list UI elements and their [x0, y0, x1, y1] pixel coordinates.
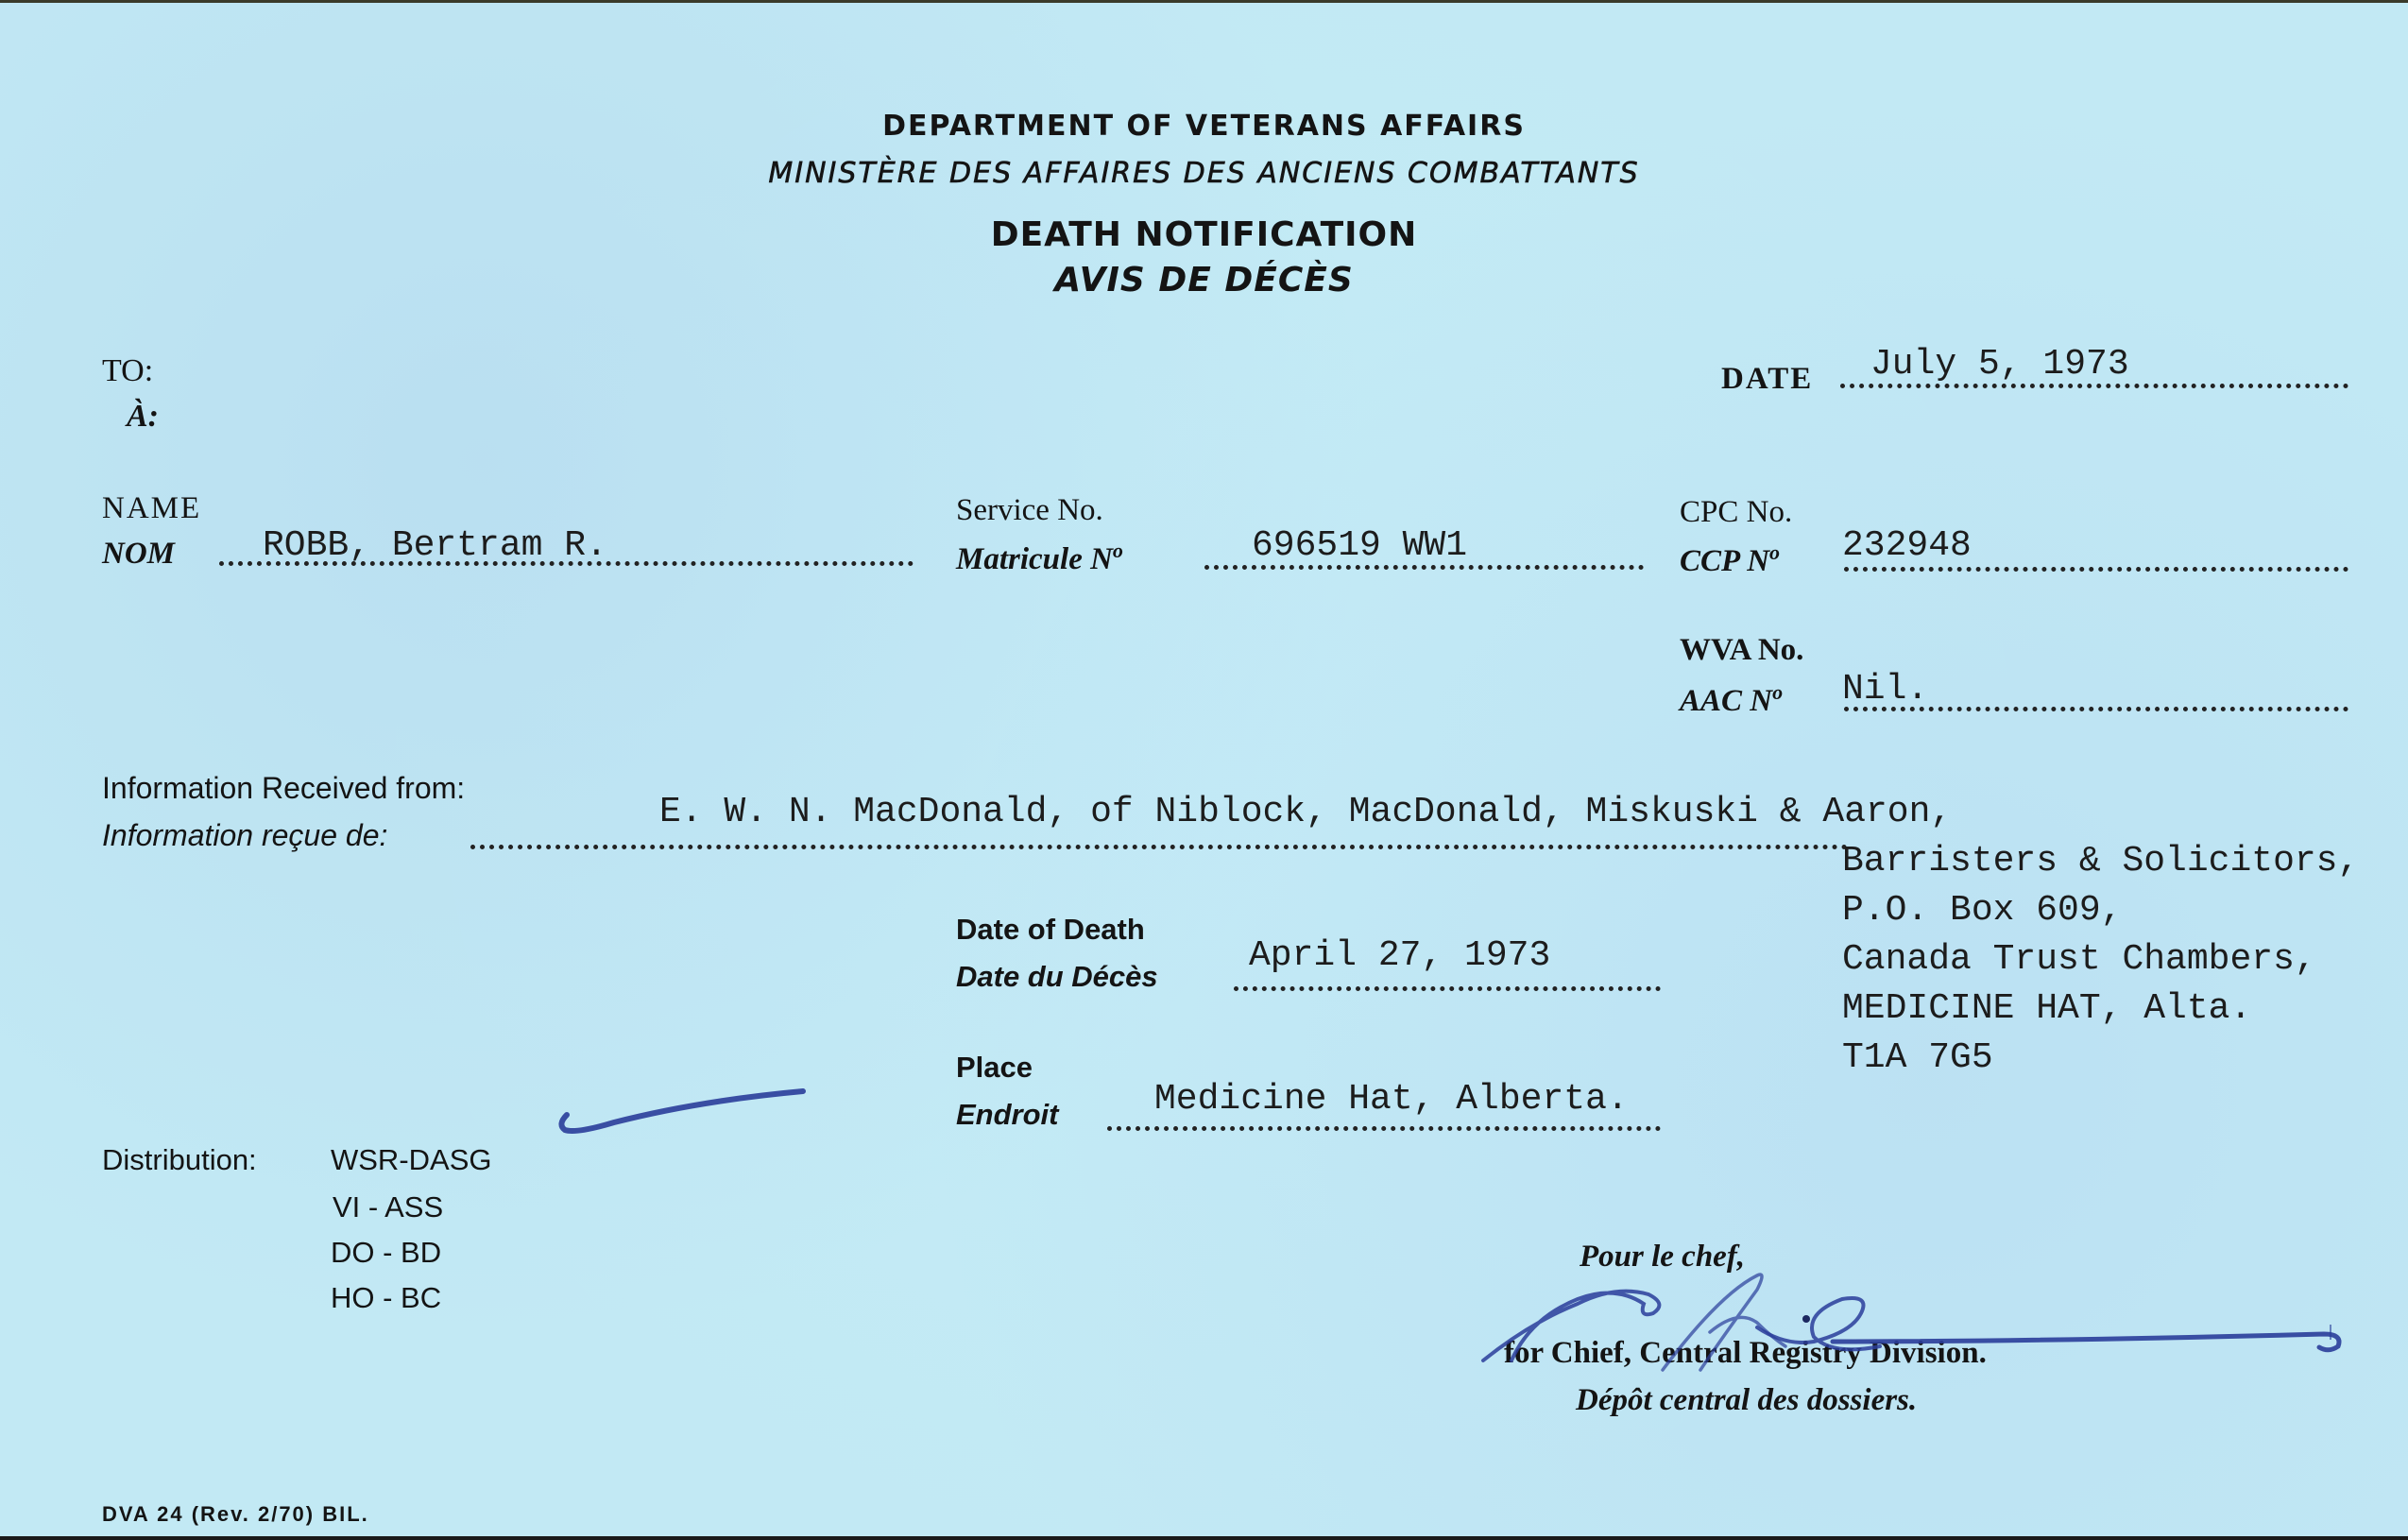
address-line-5: T1A 7G5: [1842, 1037, 1993, 1078]
place-label-en: Place: [956, 1051, 1033, 1085]
paper-bottom-edge: [0, 1536, 2408, 1540]
depot-central-label: Dépôt central des dossiers.: [1576, 1383, 1917, 1418]
distribution-item: WSR-DASG: [331, 1143, 492, 1177]
to-label-fr: À:: [127, 399, 159, 435]
wva-no-label-fr: AAC No: [1680, 680, 1783, 719]
date-label: DATE: [1721, 362, 1813, 397]
form-title-fr: AVIS DE DÉCÈS: [0, 261, 2408, 299]
department-title-en: DEPARTMENT OF VETERANS AFFAIRS: [0, 110, 2408, 143]
service-no-value: 696519 WW1: [1252, 525, 1467, 566]
cpc-no-label-fr: CCP No: [1680, 540, 1780, 579]
place-dotted-line: [1107, 1126, 1661, 1131]
department-title-fr: MINISTÈRE DES AFFAIRES DES ANCIENS COMBA…: [0, 157, 2408, 190]
pen-check-mark-icon: [557, 1096, 822, 1172]
to-label-en: TO:: [102, 353, 153, 389]
service-no-label-fr: Matricule No: [956, 539, 1123, 577]
info-received-dotted-line: [470, 845, 1848, 849]
cpc-no-dotted-line: [1844, 567, 2348, 572]
info-received-line1: E. W. N. MacDonald, of Niblock, MacDonal…: [659, 792, 1952, 832]
distribution-item: VI - ASS: [333, 1190, 443, 1224]
address-line-1: Barristers & Solicitors,: [1842, 841, 2359, 881]
wva-no-value: Nil.: [1842, 669, 1928, 710]
date-of-death-label-fr: Date du Décès: [956, 960, 1158, 994]
form-title-en: DEATH NOTIFICATION: [0, 215, 2408, 254]
address-line-4: MEDICINE HAT, Alta.: [1842, 988, 2251, 1029]
date-of-death-dotted-line: [1234, 986, 1661, 991]
form-number: DVA 24 (Rev. 2/70) BIL.: [102, 1502, 369, 1527]
place-value: Medicine Hat, Alberta.: [1154, 1079, 1629, 1120]
service-no-label-en: Service No.: [956, 493, 1103, 528]
name-label-en: NAME: [102, 491, 201, 526]
place-label-fr: Endroit: [956, 1098, 1059, 1132]
paper-top-edge: [0, 0, 2408, 3]
cpc-no-value: 232948: [1842, 525, 1972, 566]
distribution-item: HO - BC: [331, 1281, 441, 1315]
wva-no-label-en: WVA No.: [1680, 633, 1803, 668]
date-of-death-label-en: Date of Death: [956, 913, 1145, 947]
date-value: July 5, 1973: [1870, 344, 2129, 385]
date-of-death-value: April 27, 1973: [1249, 935, 1550, 976]
info-received-label-en: Information Received from:: [102, 771, 465, 806]
address-line-3: Canada Trust Chambers,: [1842, 939, 2316, 980]
distribution-item: DO - BD: [331, 1236, 441, 1270]
info-received-label-fr: Information reçue de:: [102, 818, 387, 853]
cpc-no-label-en: CPC No.: [1680, 495, 1792, 530]
signature-icon: [1474, 1257, 2381, 1379]
name-label-fr: NOM: [102, 537, 175, 572]
name-value: ROBB, Bertram R.: [263, 525, 607, 566]
address-line-2: P.O. Box 609,: [1842, 890, 2122, 931]
distribution-label: Distribution:: [102, 1143, 257, 1177]
